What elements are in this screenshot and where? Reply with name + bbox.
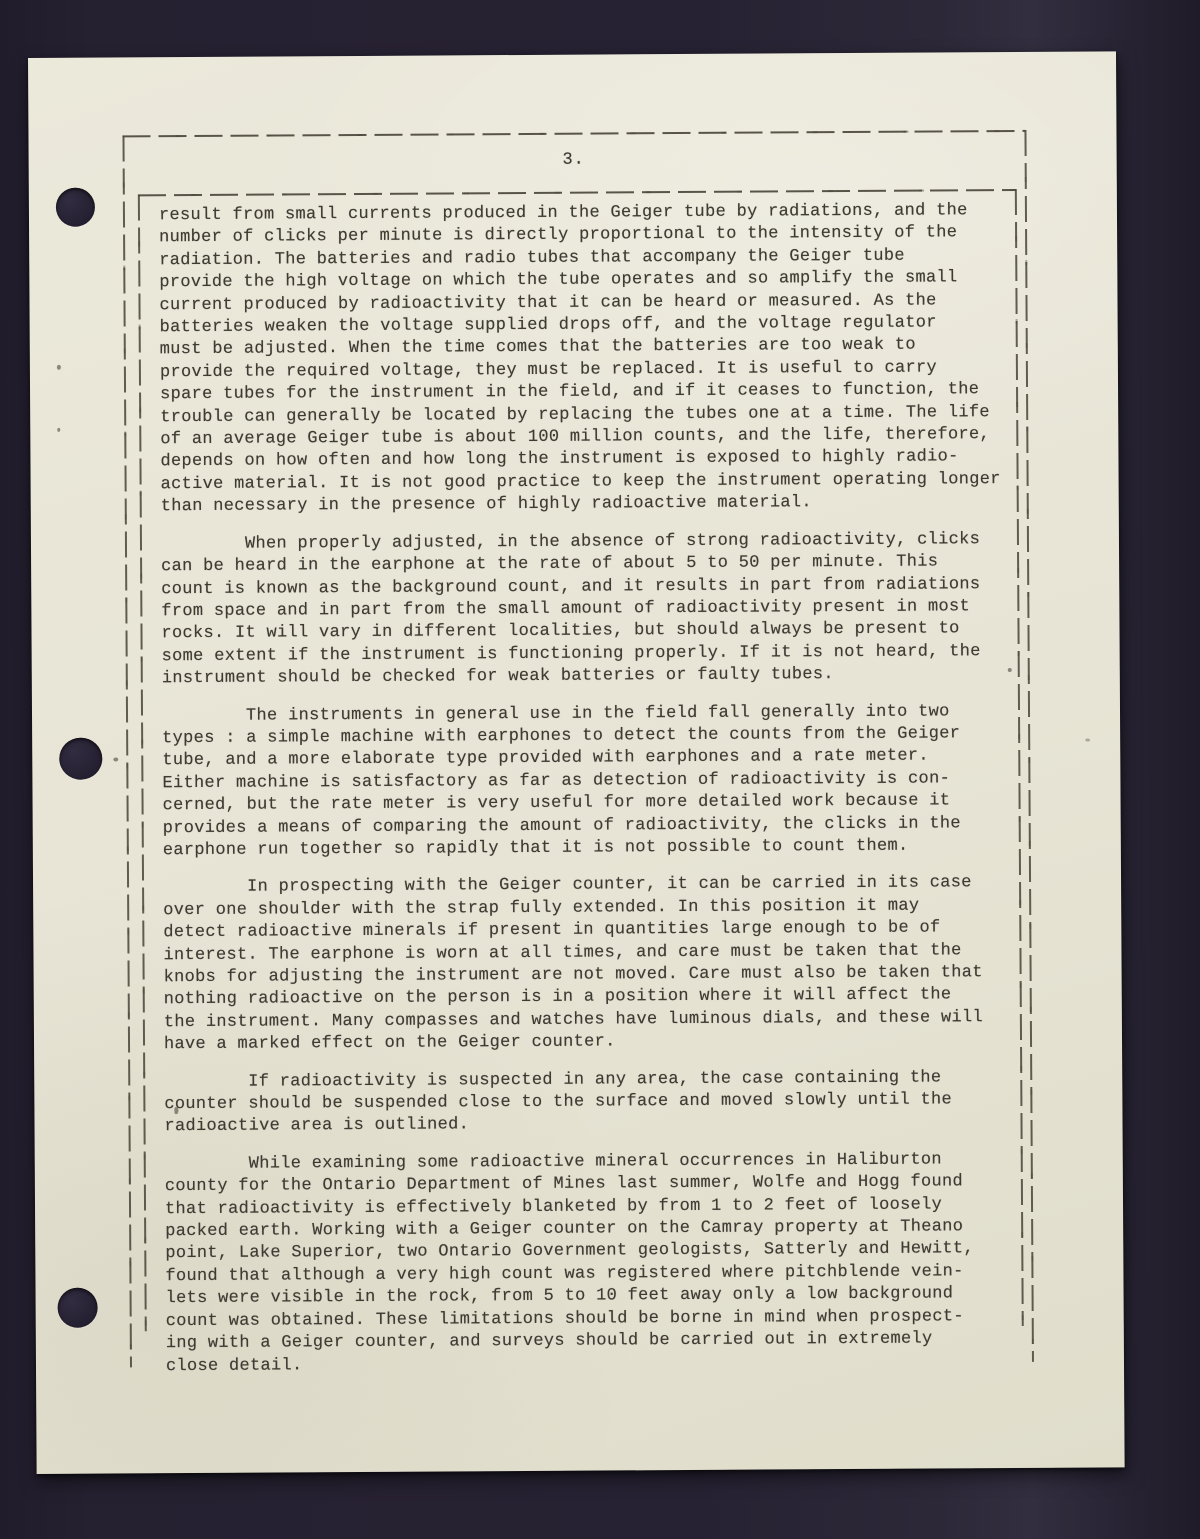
outer-frame-border-left xyxy=(122,135,132,1367)
punch-hole-middle xyxy=(59,738,102,780)
text-line: have a marked effect on the Geiger count… xyxy=(164,1029,1032,1057)
paper-speck xyxy=(1085,739,1090,742)
punch-hole-bottom xyxy=(58,1288,98,1328)
paper-speck xyxy=(113,757,118,761)
paper-speck xyxy=(174,1107,178,1114)
scan-background: { "colors": { "background": "#272233", "… xyxy=(0,0,1200,1539)
body-text: result from small currents produced in t… xyxy=(159,200,1034,1393)
text-line: than necessary in the presence of highly… xyxy=(161,491,1029,519)
paper-speck xyxy=(57,428,60,432)
paragraph: result from small currents produced in t… xyxy=(159,200,1029,519)
paragraph: When properly adjusted, in the absence o… xyxy=(161,529,1030,691)
text-line: earphone run together so rapidly that it… xyxy=(163,835,1031,863)
paragraph: In prospecting with the Geiger counter, … xyxy=(163,872,1032,1057)
paragraph: The instruments in general use in the fi… xyxy=(162,700,1031,862)
punch-hole-top xyxy=(56,188,95,227)
text-frame-border-left xyxy=(138,194,147,1331)
text-line: close detail. xyxy=(166,1350,1034,1378)
outer-frame-border-top xyxy=(122,130,1025,138)
text-frame-border-top xyxy=(138,189,1016,196)
paragraph: While examining some radioactive mineral… xyxy=(165,1149,1034,1378)
text-line: radioactive area is outlined. xyxy=(164,1111,1032,1139)
text-line: instrument should be checked for weak ba… xyxy=(162,663,1030,691)
document-page: 3. result from small currents produced i… xyxy=(28,51,1125,1474)
paper-speck xyxy=(1008,668,1012,672)
paragraph: If radioactivity is suspected in any are… xyxy=(164,1067,1032,1140)
paper-speck xyxy=(57,365,61,370)
page-number: 3. xyxy=(123,148,1025,173)
